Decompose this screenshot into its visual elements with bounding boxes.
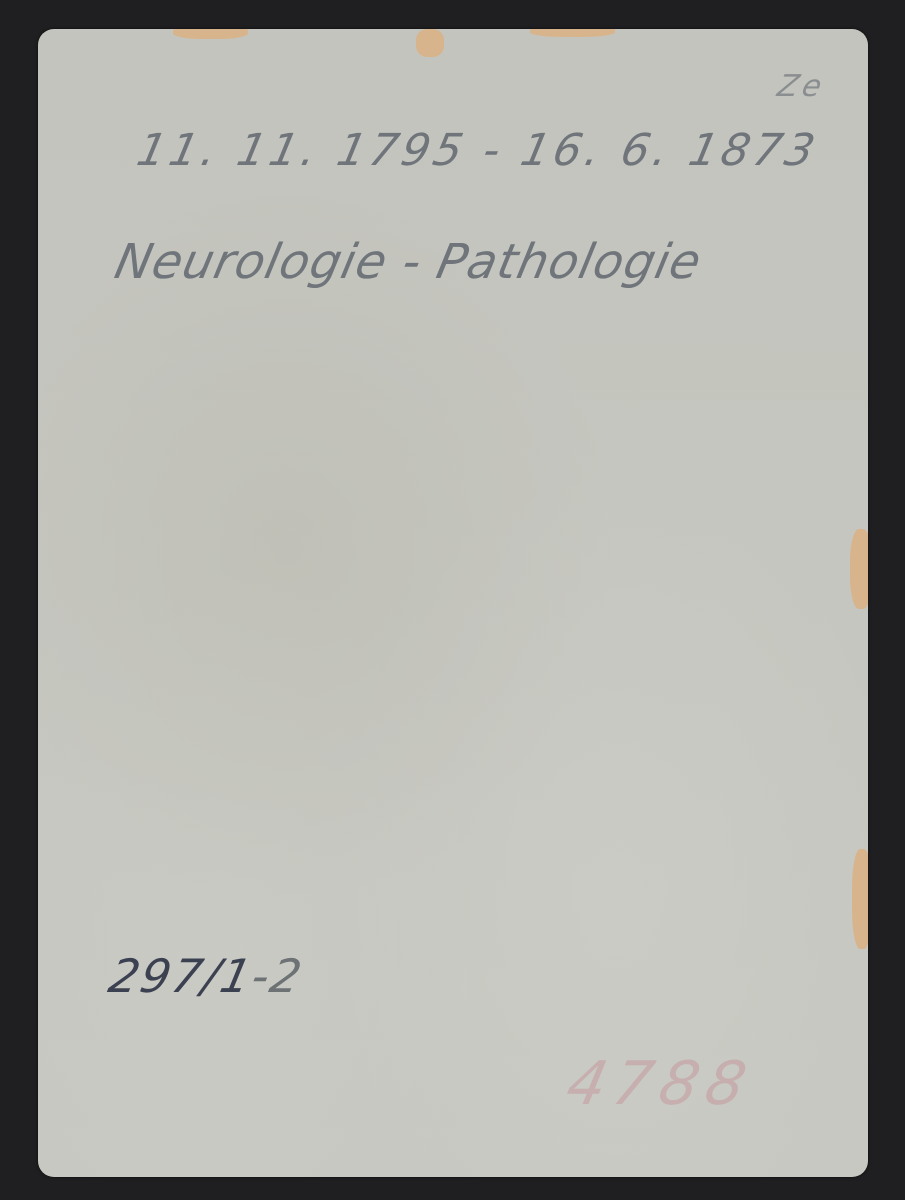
- archive-number-main: 297/1: [104, 949, 258, 1003]
- life-dates: 11. 11. 1795 - 16. 6. 1873: [133, 125, 823, 176]
- tear-right-edge: [850, 529, 868, 609]
- archive-number: 297/1-2: [104, 949, 308, 1003]
- photo-card-verso: 11. 11. 1795 - 16. 6. 1873 Neurologie - …: [38, 29, 868, 1177]
- tear-top-hole: [416, 29, 444, 57]
- tear-top-left: [173, 29, 248, 39]
- tear-right-edge-lower: [852, 849, 868, 949]
- archive-number-suffix: -2: [247, 949, 308, 1003]
- corner-mark: Ze: [774, 69, 828, 104]
- subject-text: Neurologie - Pathologie: [110, 234, 707, 290]
- tear-top-right: [530, 29, 615, 37]
- pink-inventory-number: 4788: [561, 1049, 761, 1119]
